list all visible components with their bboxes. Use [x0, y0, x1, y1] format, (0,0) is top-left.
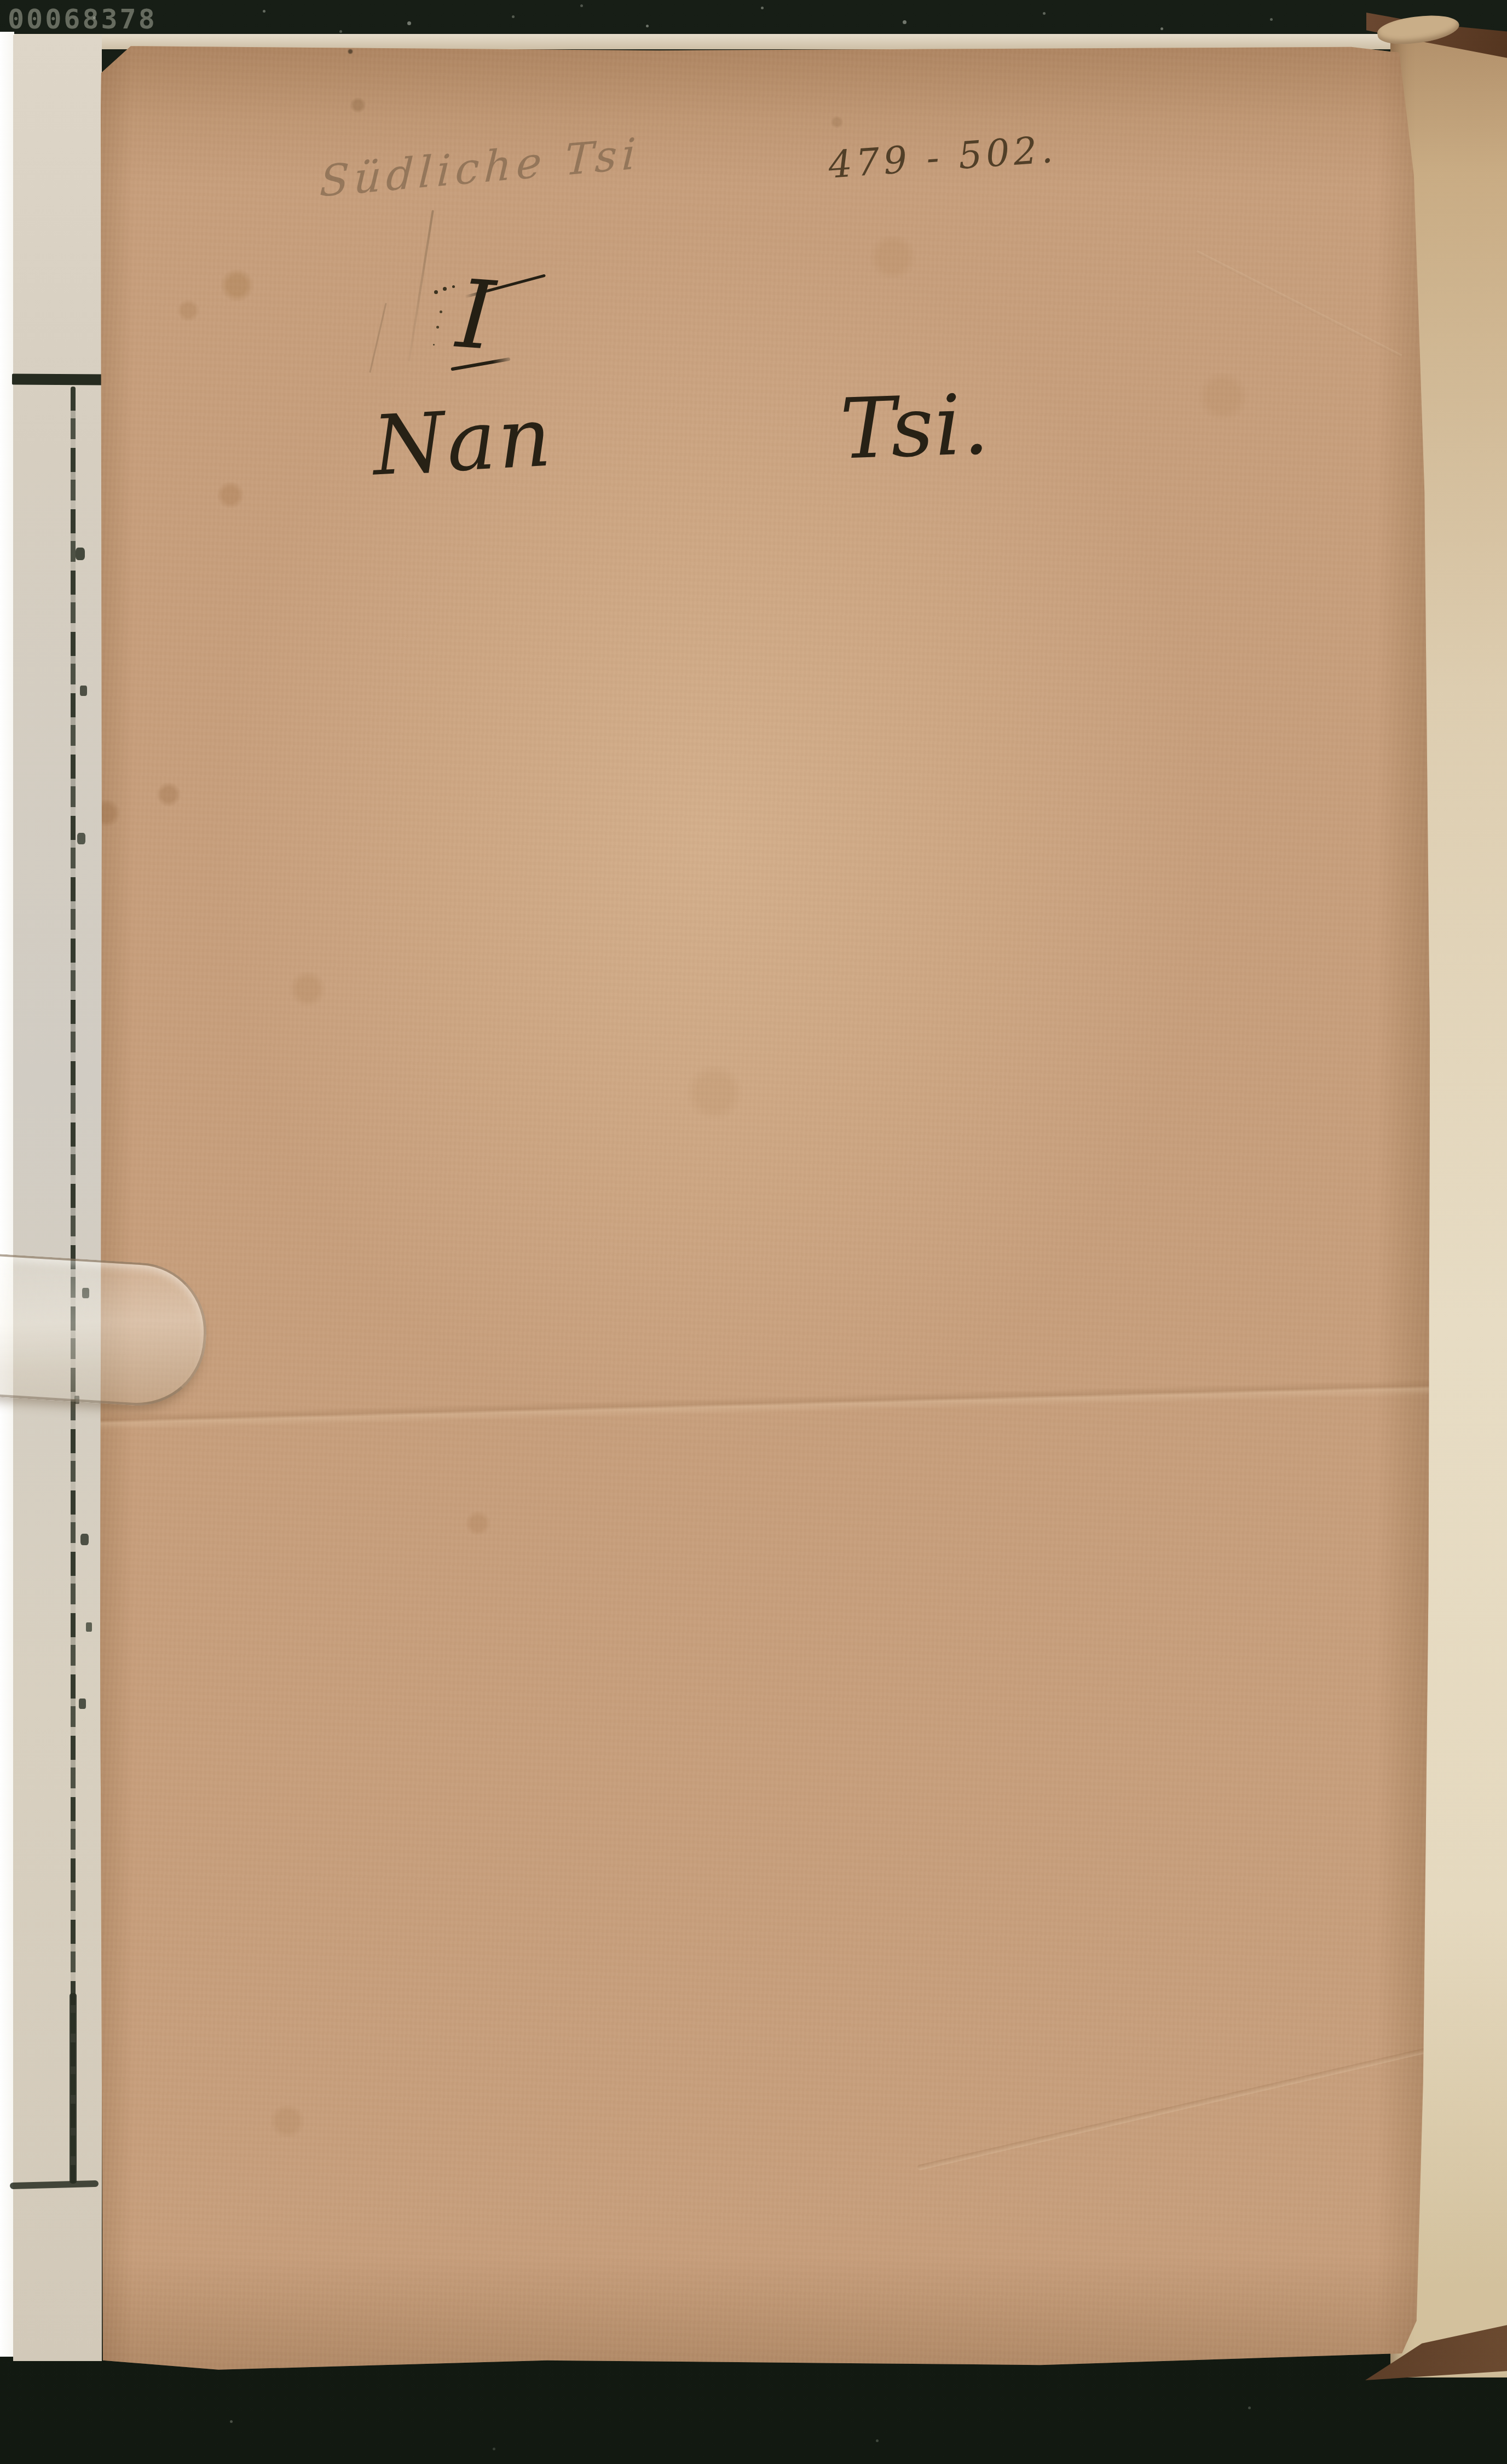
scan-id-label: 00068378: [8, 3, 157, 35]
ink-dot-cluster: [434, 290, 438, 294]
scanner-dust-specks: [0, 0, 3, 3]
printed-border-line: [70, 1993, 77, 2184]
printed-character-blobs: [76, 548, 85, 560]
book-scan-page: 00068378 Südliche Tsi 479 - 502. I Nan T…: [0, 0, 1507, 2464]
title-word-nan: Nan: [371, 396, 555, 487]
manuscript-leaf: Südliche Tsi 479 - 502. I Nan Tsi.: [100, 45, 1430, 2372]
volume-numeral: I: [454, 267, 498, 364]
foxing-stains: [100, 45, 1430, 2372]
title-word-tsi: Tsi.: [839, 383, 991, 471]
printed-border-bar: [12, 374, 103, 385]
horizontal-crease: [100, 1370, 1430, 1436]
